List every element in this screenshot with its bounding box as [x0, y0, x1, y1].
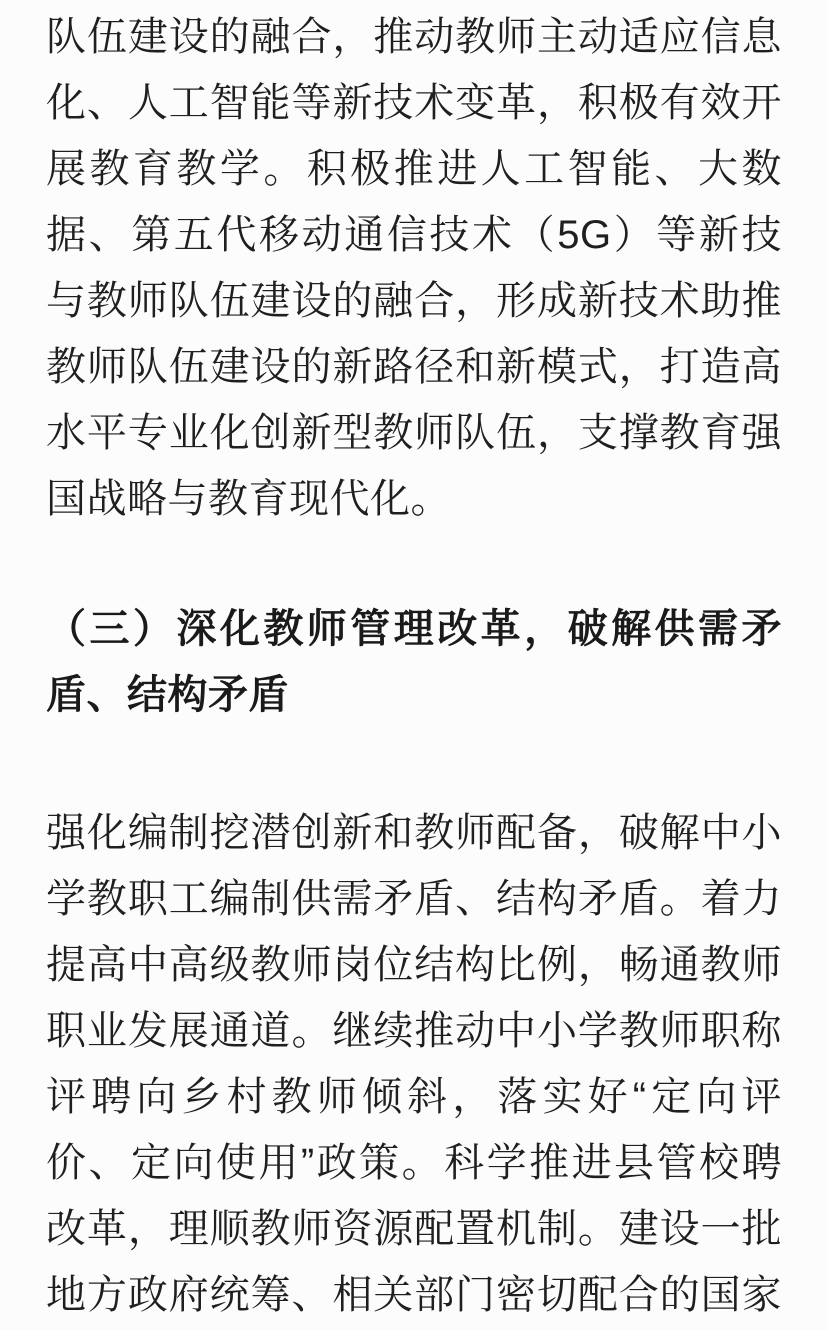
text-line: 水平专业化创新型教师队伍，支撑教育强	[46, 400, 782, 466]
section-heading-line: 盾、结构矛盾	[46, 662, 782, 728]
article-page: 队伍建设的融合，推动教师主动适应信息 化、人工智能等新技术变革，积极有效开 展教…	[0, 0, 828, 1330]
text-line: 展教育教学。积极推进人工智能、大数	[46, 136, 782, 202]
article-content: 队伍建设的融合，推动教师主动适应信息 化、人工智能等新技术变革，积极有效开 展教…	[0, 0, 828, 1328]
paragraph-2: 强化编制挖潜创新和教师配备，破解中小 学教职工编制供需矛盾、结构矛盾。着力 提高…	[46, 800, 782, 1328]
text-line: 据、第五代移动通信技术（5G）等新技术	[46, 202, 782, 268]
text-line: 化、人工智能等新技术变革，积极有效开	[46, 70, 782, 136]
text-line: 职业发展通道。继续推动中小学教师职称	[46, 998, 782, 1064]
text-line: 国战略与教育现代化。	[46, 466, 782, 532]
text-line: 评聘向乡村教师倾斜，落实好“定向评	[46, 1064, 782, 1130]
section-heading-line: （三）深化教师管理改革，破解供需矛	[46, 596, 782, 662]
text-line: 强化编制挖潜创新和教师配备，破解中小	[46, 800, 782, 866]
text-line: 改革，理顺教师资源配置机制。建设一批	[46, 1196, 782, 1262]
text-line: 与教师队伍建设的融合，形成新技术助推	[46, 268, 782, 334]
text-line: 价、定向使用”政策。科学推进县管校聘	[46, 1130, 782, 1196]
text-line: 教师队伍建设的新路径和新模式，打造高	[46, 334, 782, 400]
text-line: 提高中高级教师岗位结构比例，畅通教师	[46, 932, 782, 998]
paragraph-1: 队伍建设的融合，推动教师主动适应信息 化、人工智能等新技术变革，积极有效开 展教…	[46, 4, 782, 532]
section-heading: （三）深化教师管理改革，破解供需矛 盾、结构矛盾	[46, 596, 782, 728]
text-line: 学教职工编制供需矛盾、结构矛盾。着力	[46, 866, 782, 932]
text-line: 地方政府统筹、相关部门密切配合的国家	[46, 1262, 782, 1328]
text-line: 队伍建设的融合，推动教师主动适应信息	[46, 4, 782, 70]
